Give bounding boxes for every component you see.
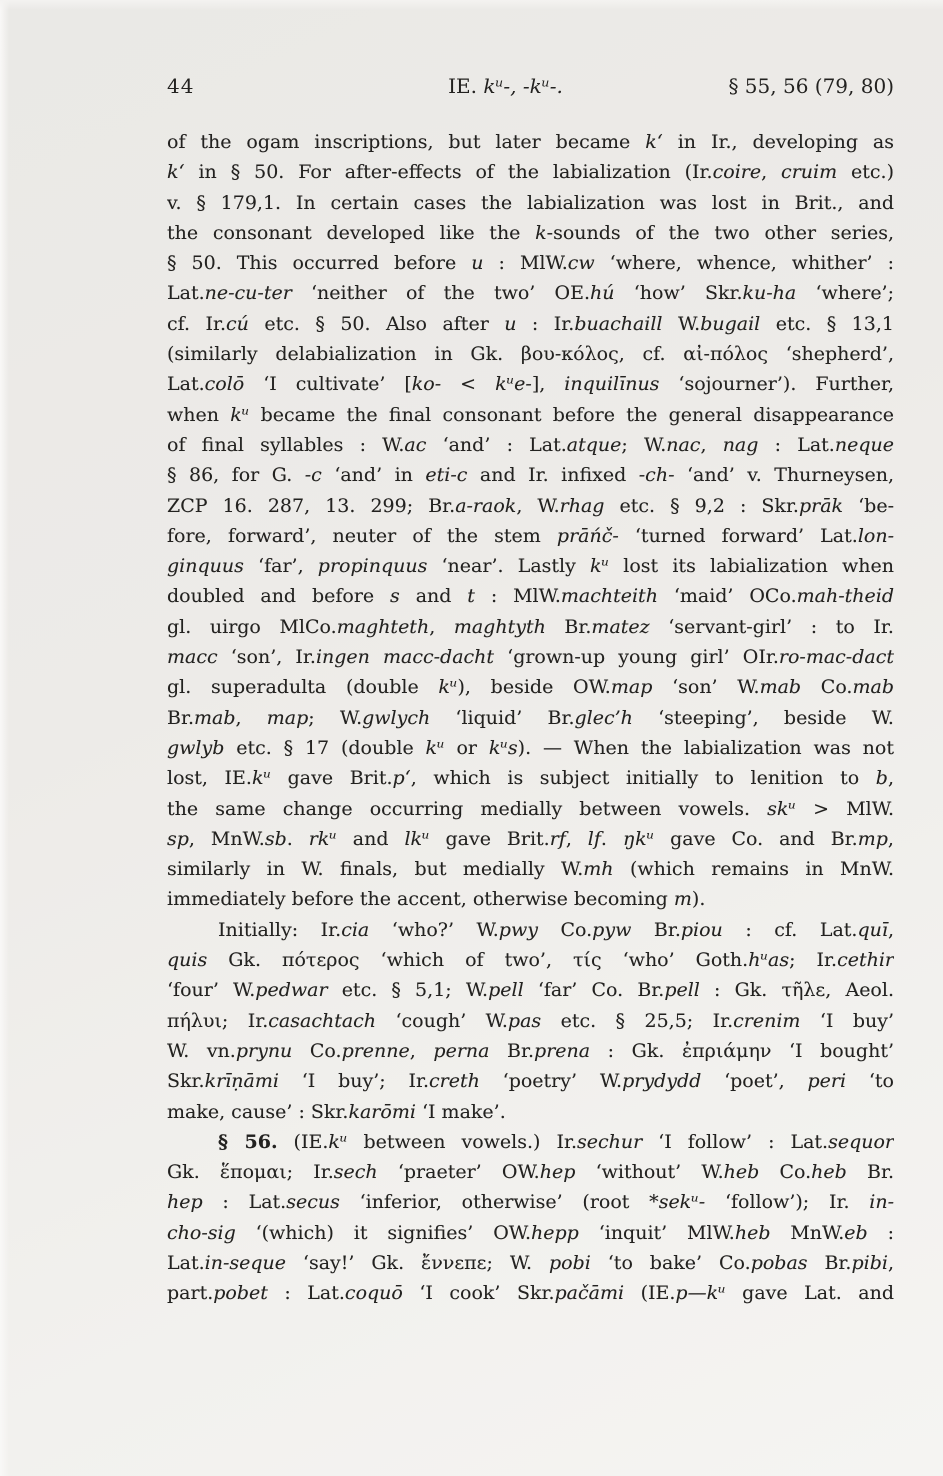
text-line: (similarly delabialization in Gk. βου-κό… <box>167 339 894 369</box>
text-line: § 56. (IE.kᵘ between vowels.) Ir.sechur … <box>167 1127 894 1157</box>
text-line: Lat.ne-cu-ter ‘neither of the two’ OE.hú… <box>167 278 894 308</box>
text-line: Gk. ἕπομαι; Ir.sech ‘praeter’ OW.hep ‘wi… <box>167 1157 894 1187</box>
text-line: gl. superadulta (double kᵘ), beside OW.m… <box>167 672 894 702</box>
text-line: similarly in W. finals, but medially W.m… <box>167 854 894 884</box>
text-line: Br.mab, map; W.gwlych ‘liquid’ Br.glec’h… <box>167 703 894 733</box>
section-reference: § 55, 56 (79, 80) <box>704 74 894 98</box>
text-line: sp, MnW.sb. rkᵘ and lkᵘ gave Brit.rf, lf… <box>167 824 894 854</box>
text-line: cf. Ir.cú etc. § 50. Also after u : Ir.b… <box>167 309 894 339</box>
text-line: kʻ in § 50. For after-effects of the lab… <box>167 157 894 187</box>
text-line: hep : Lat.secus ‘inferior, otherwise’ (r… <box>167 1187 894 1217</box>
running-header: 44 IE. kᵘ-, -kᵘ-. § 55, 56 (79, 80) <box>167 74 894 98</box>
text-line: doubled and before s and t : MlW.machtei… <box>167 581 894 611</box>
text-line: of final syllables : W.ac ‘and’ : Lat.at… <box>167 430 894 460</box>
text-line: when kᵘ became the final consonant befor… <box>167 400 894 430</box>
text-line: fore, forward’, neuter of the stem prāńč… <box>167 521 894 551</box>
running-title-forms: kᵘ-, -kᵘ-. <box>483 74 563 98</box>
text-line: macc ‘son’, Ir.ingen macc-dacht ‘grown-u… <box>167 642 894 672</box>
text-line: v. § 179,1. In certain cases the labiali… <box>167 188 894 218</box>
text-line: ginquus ‘far’, propinquus ‘near’. Lastly… <box>167 551 894 581</box>
text-line: make, cause’ : Skr.karōmi ‘I make’. <box>167 1097 894 1127</box>
text-line: immediately before the accent, otherwise… <box>167 884 894 914</box>
text-line: gwlyb etc. § 17 (double kᵘ or kᵘs). — Wh… <box>167 733 894 763</box>
scan-edge-top <box>0 0 943 10</box>
scan-edge-left <box>0 0 9 1476</box>
text-line: cho-sig ‘(which) it signifies’ OW.hepp ‘… <box>167 1218 894 1248</box>
text-line: § 50. This occurred before u : MlW.cw ‘w… <box>167 248 894 278</box>
text-line: ‘four’ W.pedwar etc. § 5,1; W.pell ‘far’… <box>167 975 894 1005</box>
text-line: Lat.colō ‘I cultivate’ [ko- < kᵘe-], inq… <box>167 369 894 399</box>
page-number: 44 <box>167 74 307 98</box>
text-line: the same change occurring medially betwe… <box>167 794 894 824</box>
text-line: Lat.in-seque ‘say!’ Gk. ἔννεπε; W. pobi … <box>167 1248 894 1278</box>
text-line: Initially: Ir.cia ‘who?’ W.pwy Co.pyw Br… <box>167 915 894 945</box>
text-line: the consonant developed like the k-sound… <box>167 218 894 248</box>
text-line: § 86, for G. -c ‘and’ in eti-c and Ir. i… <box>167 460 894 490</box>
text-line: πήλυι; Ir.casachtach ‘cough’ W.pas etc. … <box>167 1006 894 1036</box>
text-line: gl. uirgo MlCo.maghteth, maghtyth Br.mat… <box>167 612 894 642</box>
running-title: IE. kᵘ-, -kᵘ-. <box>307 74 704 98</box>
text-line: quis Gk. πότερος ‘which of two’, τίς ‘wh… <box>167 945 894 975</box>
text-line: of the ogam inscriptions, but later beca… <box>167 127 894 157</box>
text-line: part.pobet : Lat.coquō ‘I cook’ Skr.pačā… <box>167 1278 894 1308</box>
text-line: W. vn.prynu Co.prenne, perna Br.prena : … <box>167 1036 894 1066</box>
scanned-book-page: 44 IE. kᵘ-, -kᵘ-. § 55, 56 (79, 80) of t… <box>0 0 943 1476</box>
text-line: lost, IE.kᵘ gave Brit.pʻ, which is subje… <box>167 763 894 793</box>
running-title-prefix: IE. <box>448 74 483 98</box>
text-line: ZCP 16. 287, 13. 299; Br.a-raok, W.rhag … <box>167 491 894 521</box>
text-line: Skr.krīṇāmi ‘I buy’; Ir.creth ‘poetry’ W… <box>167 1066 894 1096</box>
page-body-text: of the ogam inscriptions, but later beca… <box>167 127 894 1309</box>
